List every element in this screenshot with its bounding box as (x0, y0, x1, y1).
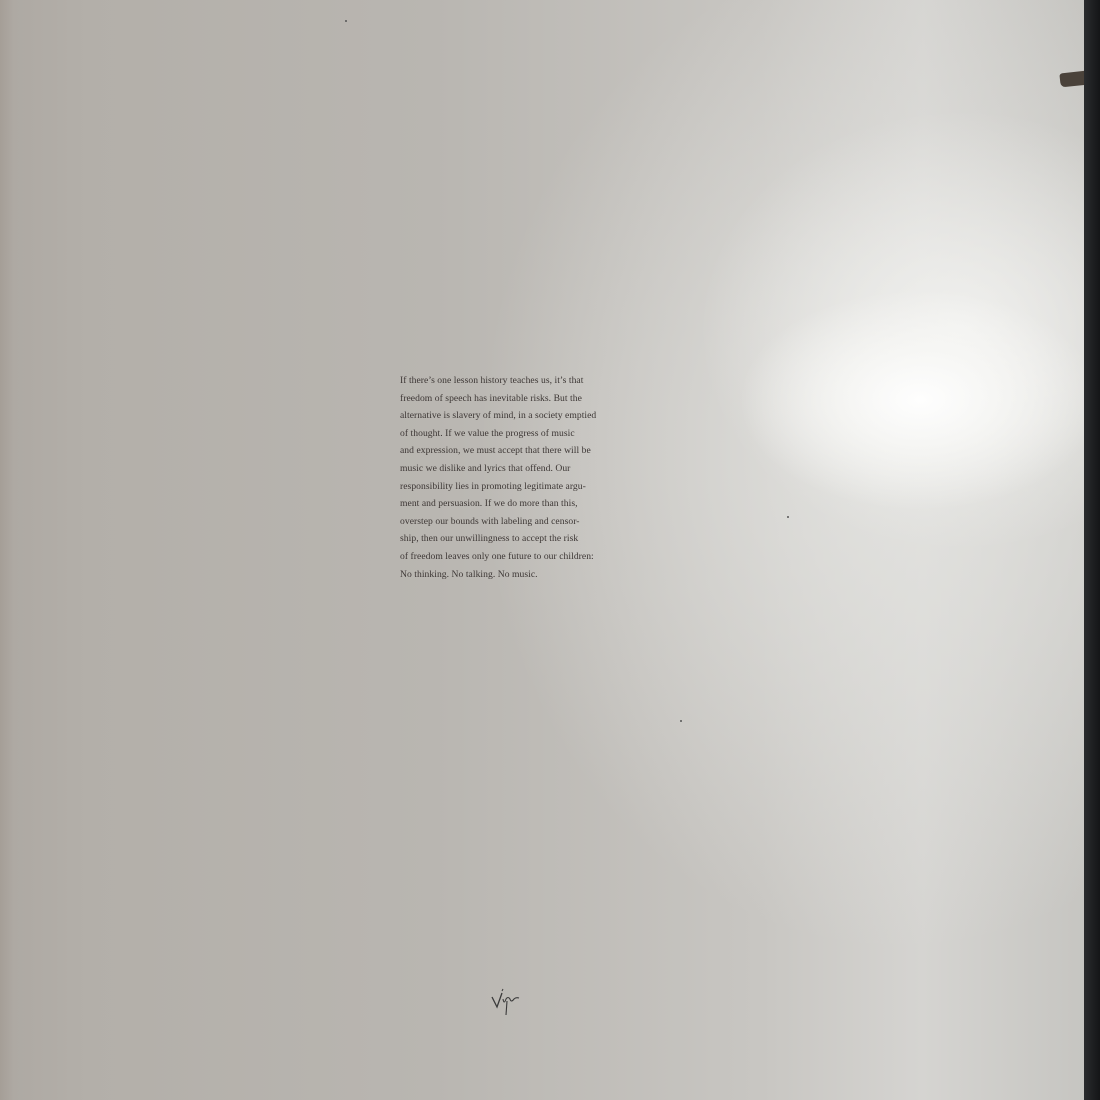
statement-line: freedom of speech has inevitable risks. … (400, 390, 630, 408)
statement-line: ment and persuasion. If we do more than … (400, 495, 630, 513)
virgin-logo-icon (488, 985, 528, 1021)
sleeve-edge (1084, 0, 1100, 1100)
statement-line: ship, then our unwillingness to accept t… (400, 530, 630, 548)
statement-line: of freedom leaves only one future to our… (400, 548, 630, 566)
dust-speck (345, 20, 347, 22)
dust-speck (787, 516, 789, 518)
statement-line: alternative is slavery of mind, in a soc… (400, 407, 630, 425)
dust-speck (680, 720, 682, 722)
statement-line: responsibility lies in promoting legitim… (400, 478, 630, 496)
statement-text: If there’s one lesson history teaches us… (400, 372, 630, 583)
album-back-cover: If there’s one lesson history teaches us… (0, 0, 1086, 1100)
statement-line: overstep our bounds with labeling and ce… (400, 513, 630, 531)
statement-line: music we dislike and lyrics that offend.… (400, 460, 630, 478)
statement-line: If there’s one lesson history teaches us… (400, 372, 630, 390)
statement-line: No thinking. No talking. No music. (400, 566, 630, 584)
statement-line: and expression, we must accept that ther… (400, 442, 630, 460)
statement-line: of thought. If we value the progress of … (400, 425, 630, 443)
